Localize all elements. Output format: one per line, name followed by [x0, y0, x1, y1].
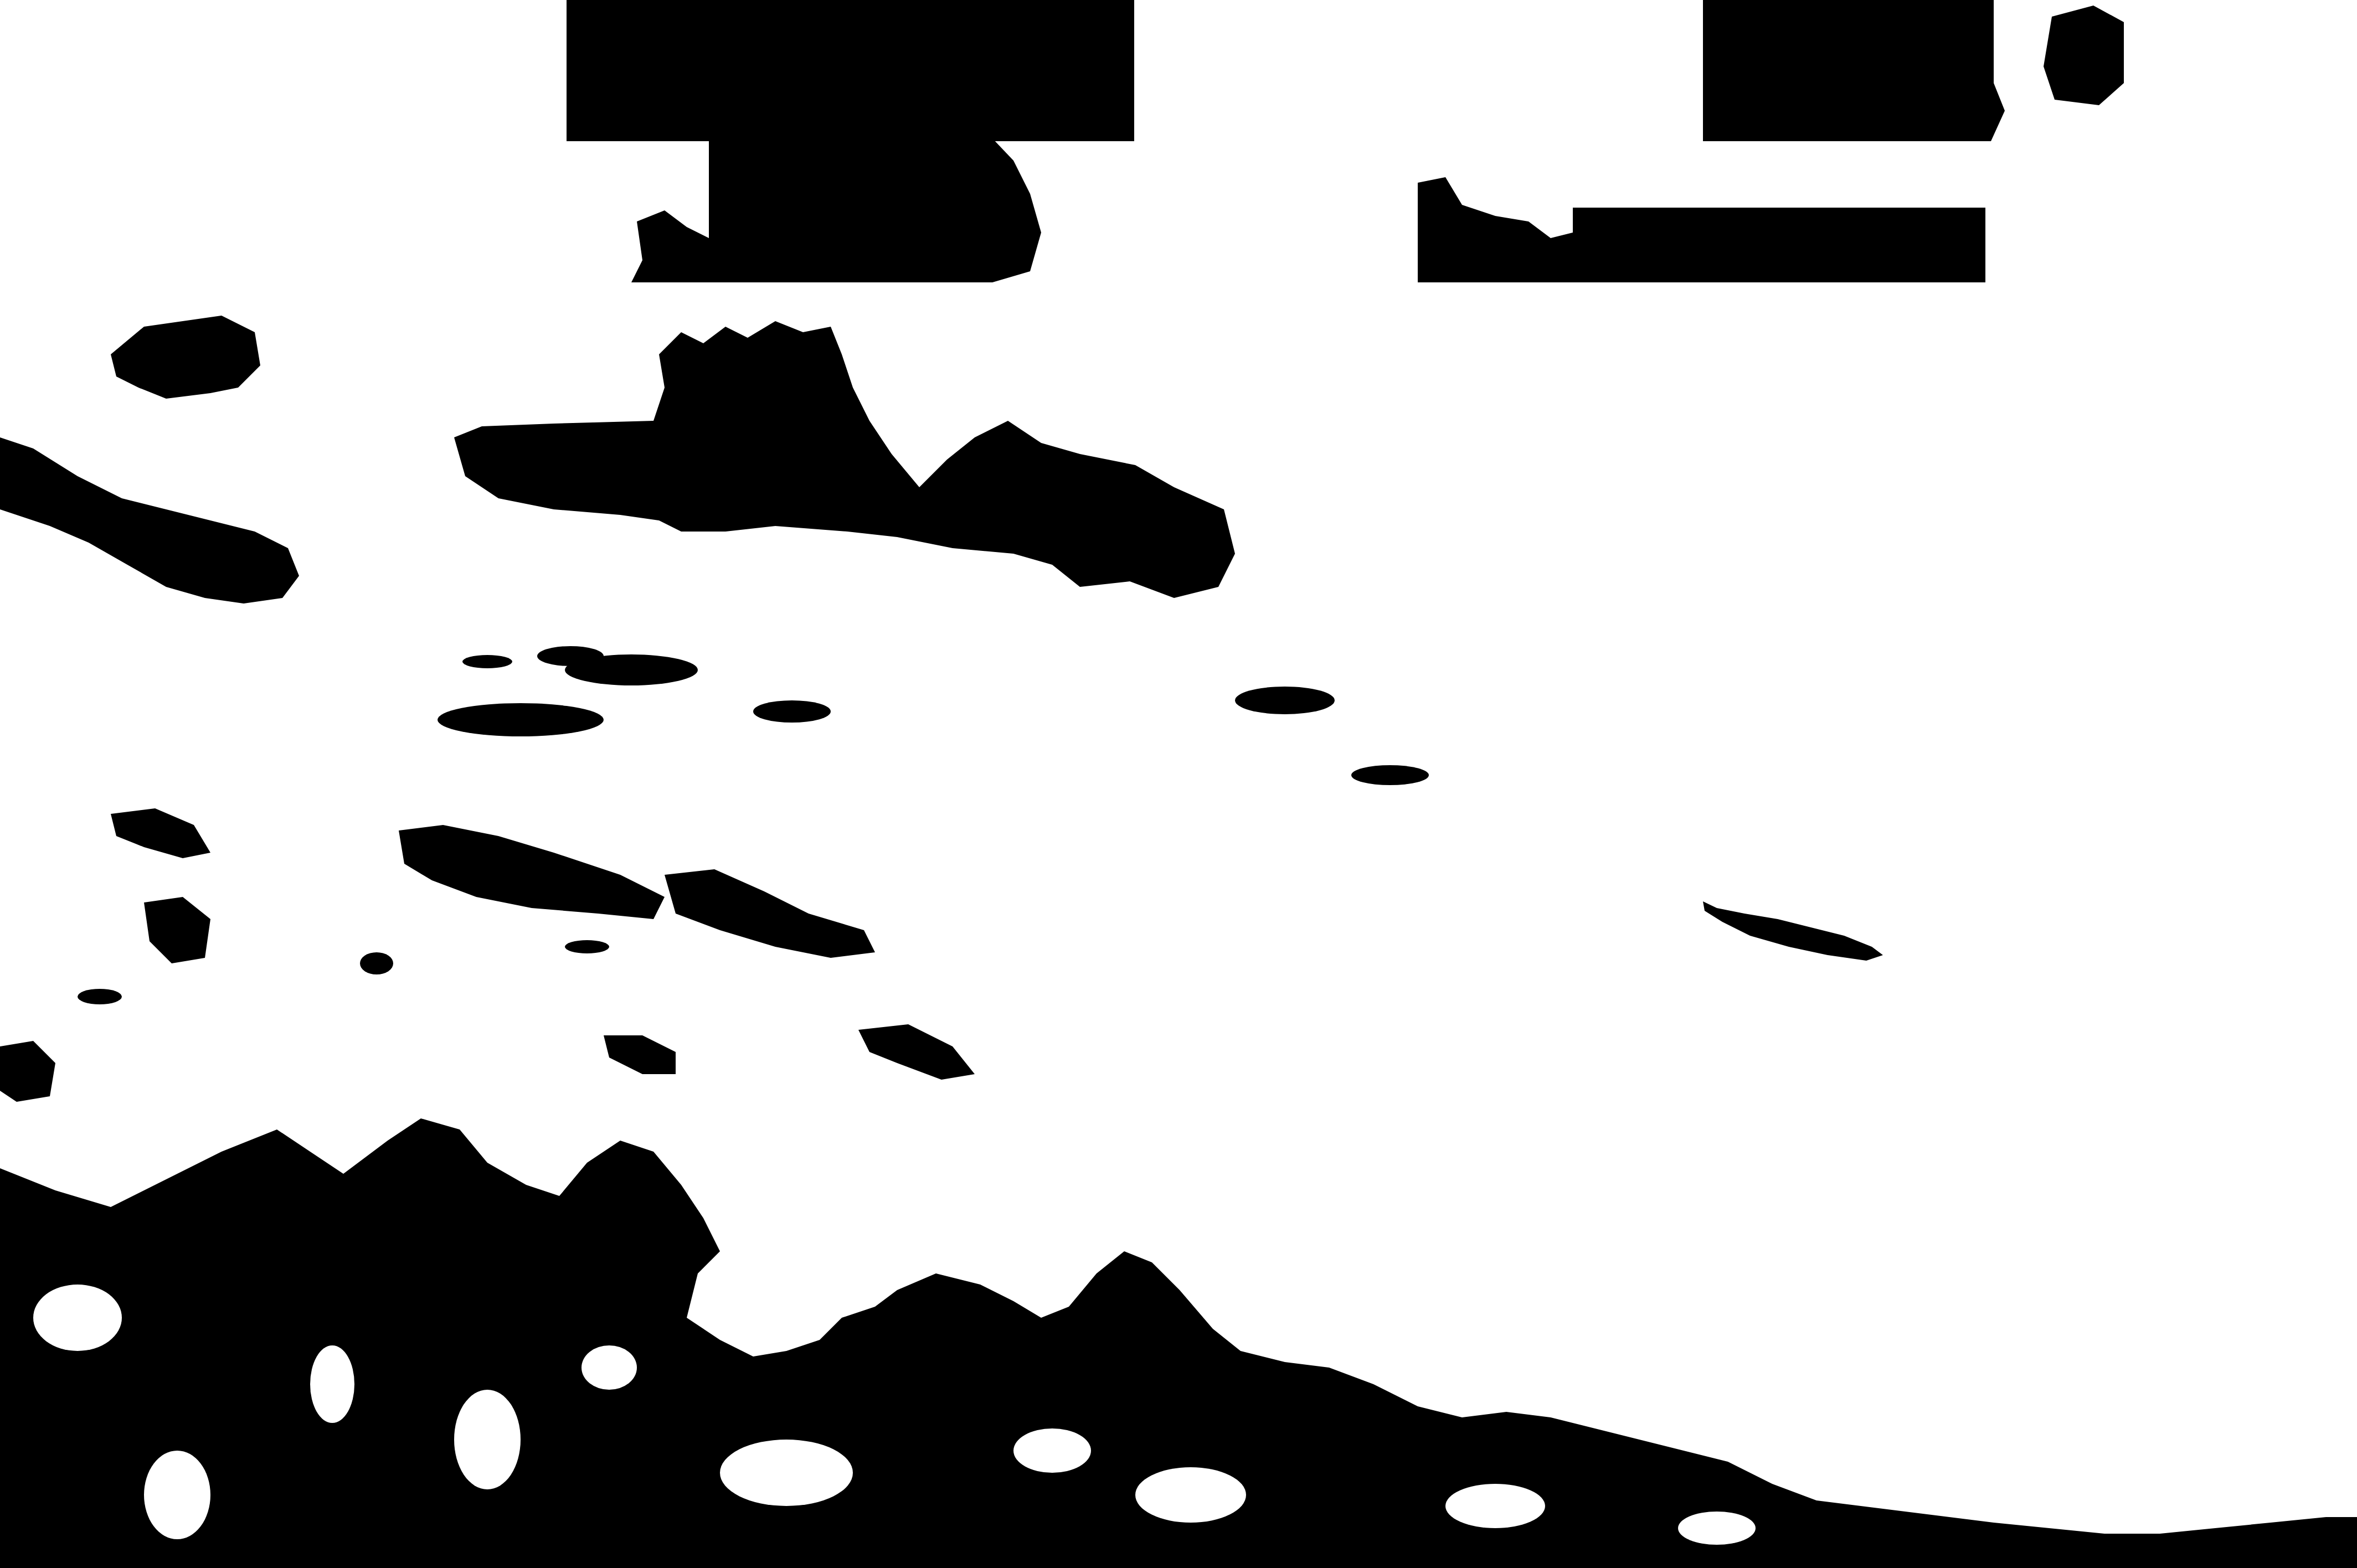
- snow-gap-1: [33, 1285, 122, 1351]
- patch-mid-6: [1351, 765, 1429, 785]
- patch-left-mid-9: [565, 940, 609, 953]
- shrub-left-mid-2: [665, 869, 875, 958]
- patch-mid-5: [1235, 687, 1335, 714]
- patch-mid-4: [753, 700, 831, 723]
- snow-gap-2: [454, 1390, 521, 1489]
- snow-gap-7: [1013, 1428, 1091, 1473]
- landscape-shapes: [0, 0, 2357, 1568]
- shrub-left-diagonal: [0, 437, 299, 604]
- tree-cluster-upper-middle: [454, 321, 1235, 598]
- patch-left-mid-8: [78, 989, 122, 1004]
- shrub-upper-left: [111, 316, 260, 399]
- snow-gap-4: [1135, 1467, 1246, 1523]
- shrub-left-mid-4: [111, 808, 210, 858]
- shrub-left-mid-6: [604, 1035, 676, 1074]
- dark-streak-right: [1703, 901, 1883, 961]
- patch-mid-2: [438, 703, 604, 736]
- patch-mid-3: [537, 646, 604, 666]
- dark-object-top-right: [2044, 6, 2124, 105]
- snow-gap-3: [720, 1440, 853, 1506]
- shrub-left-mid-3: [144, 897, 210, 963]
- snow-gap-8: [144, 1451, 210, 1539]
- dark-patch-top-right-left: [1418, 177, 1573, 282]
- snow-gap-6: [310, 1345, 354, 1423]
- shrub-left-mid-7: [0, 1041, 55, 1102]
- dark-debris-left-of-block: [631, 210, 709, 282]
- snow-gap-9: [581, 1345, 637, 1390]
- dark-debris-right-of-block: [992, 138, 1041, 282]
- shrub-left-mid-5: [858, 1024, 975, 1080]
- snow-gap-5: [1445, 1484, 1545, 1528]
- patch-mid-7: [462, 655, 512, 668]
- dark-edge-right-of-top-block: [1985, 0, 2005, 141]
- binarized-landscape-photo: [0, 0, 2357, 1568]
- patch-left-mid-10: [360, 952, 393, 974]
- shrub-left-mid-1: [399, 825, 665, 919]
- snow-gap-10: [1678, 1512, 1756, 1545]
